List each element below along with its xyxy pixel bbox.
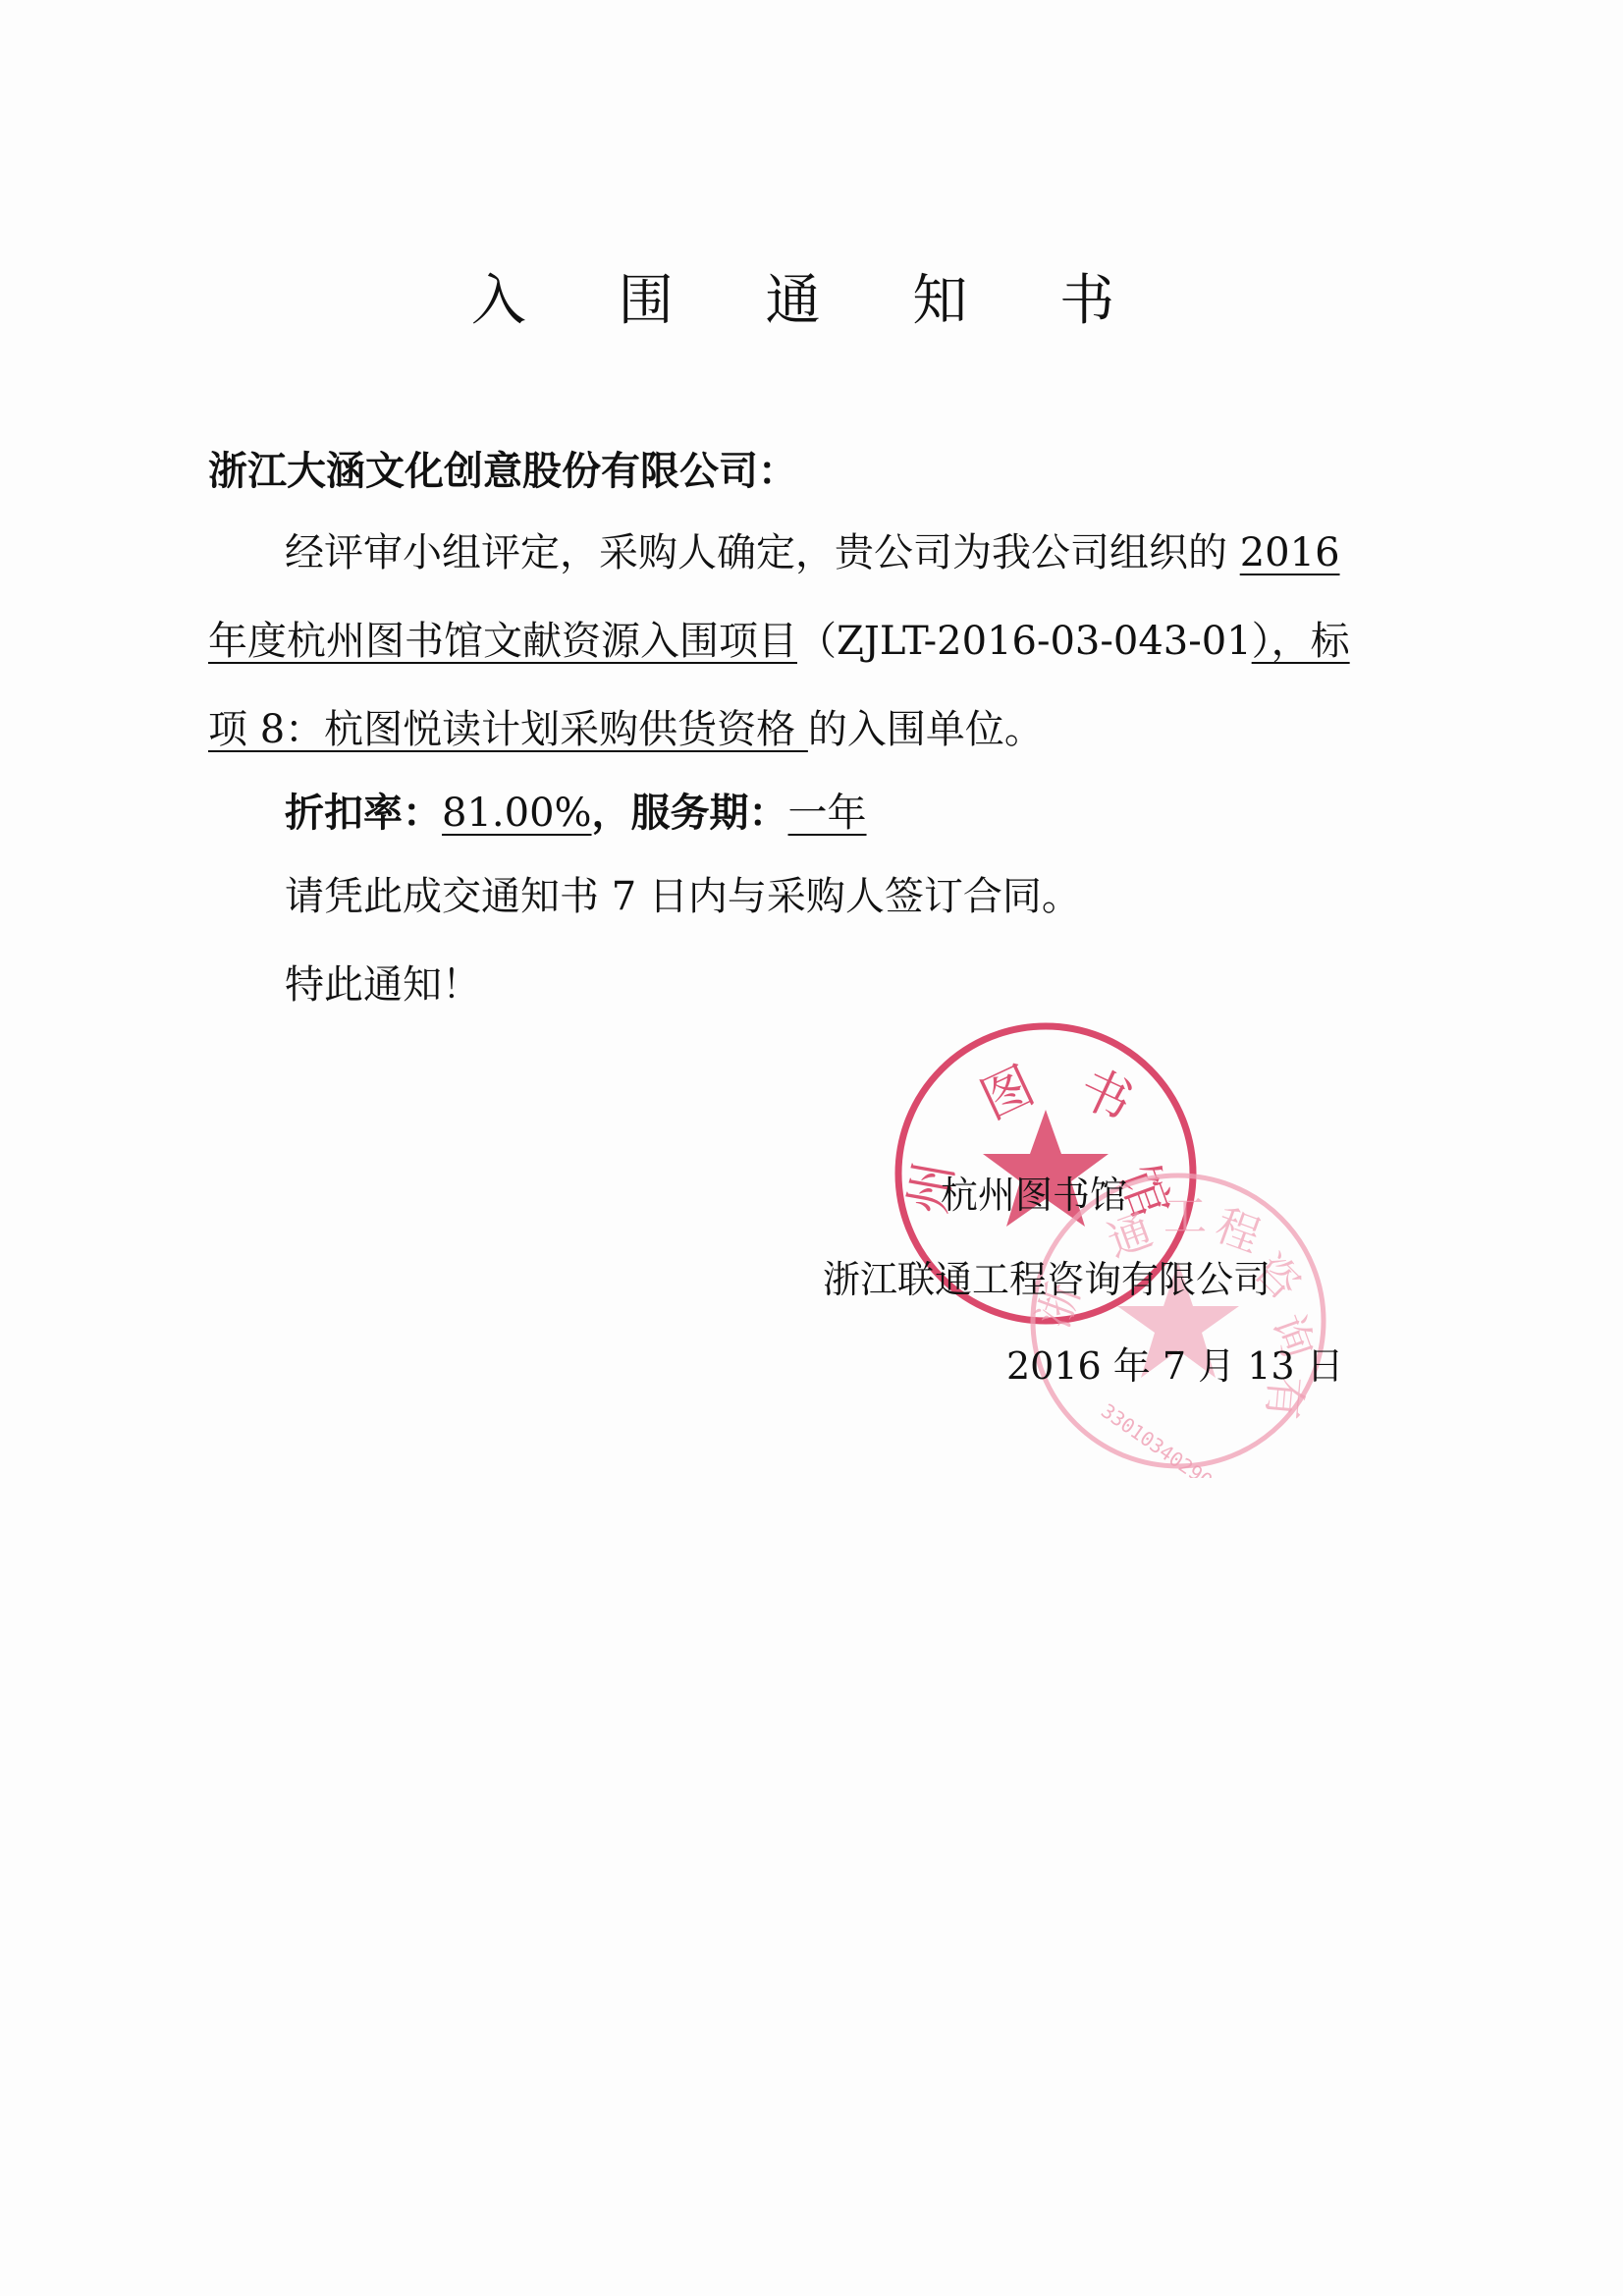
signature-agency: 浙江联通工程咨询有限公司	[823, 1255, 1271, 1304]
paragraph-line-1: 经评审小组评定，采购人确定，贵公司为我公司组织的 2016	[285, 528, 1340, 577]
signature-purchaser: 杭州图书馆	[941, 1171, 1127, 1220]
svg-text:书: 书	[1070, 1058, 1141, 1132]
svg-text:程: 程	[1209, 1200, 1267, 1262]
salutation: 浙江大涵文化创意股份有限公司：	[208, 447, 797, 496]
service-label: 服务期：	[631, 791, 788, 836]
paragraph-text-end: 的入围单位。	[808, 707, 1044, 752]
project-name: 年度杭州图书馆文献资源入围项目	[208, 619, 797, 664]
project-code: （ZJLT-2016-03-043-01	[797, 619, 1252, 664]
discount-label: 折扣率：	[285, 791, 442, 836]
seal-number: 3301034029045	[1097, 1398, 1236, 1478]
paragraph-text: 经评审小组评定，采购人确定，贵公司为我公司组织的	[285, 530, 1240, 575]
svg-text:工: 工	[1163, 1191, 1207, 1241]
instruction: 请凭此成交通知书 7 日内与采购人签订合同。	[285, 872, 1081, 921]
service-value: 一年	[788, 791, 867, 836]
document-title: 入 围 通 知 书	[0, 257, 1623, 336]
project-code-end: ），标	[1252, 619, 1350, 664]
signature-date: 2016 年 7 月 13 日	[1006, 1341, 1344, 1391]
terms-separator: ，	[592, 791, 631, 836]
paragraph-line-3: 项 8：杭图悦读计划采购供货资格 的入围单位。	[208, 705, 1044, 754]
paragraph-line-2: 年度杭州图书馆文献资源入围项目（ZJLT-2016-03-043-01），标	[208, 617, 1350, 666]
terms-line: 折扣率：81.00%，服务期：一年	[285, 789, 867, 838]
closing: 特此通知！	[285, 960, 481, 1010]
project-year: 2016	[1240, 530, 1340, 575]
document-page: 入 围 通 知 书 浙江大涵文化创意股份有限公司： 经评审小组评定，采购人确定，…	[0, 0, 1623, 2296]
svg-text:图: 图	[972, 1056, 1043, 1130]
discount-value: 81.00%	[442, 791, 592, 836]
lot-name: 项 8：杭图悦读计划采购供货资格	[208, 707, 808, 752]
